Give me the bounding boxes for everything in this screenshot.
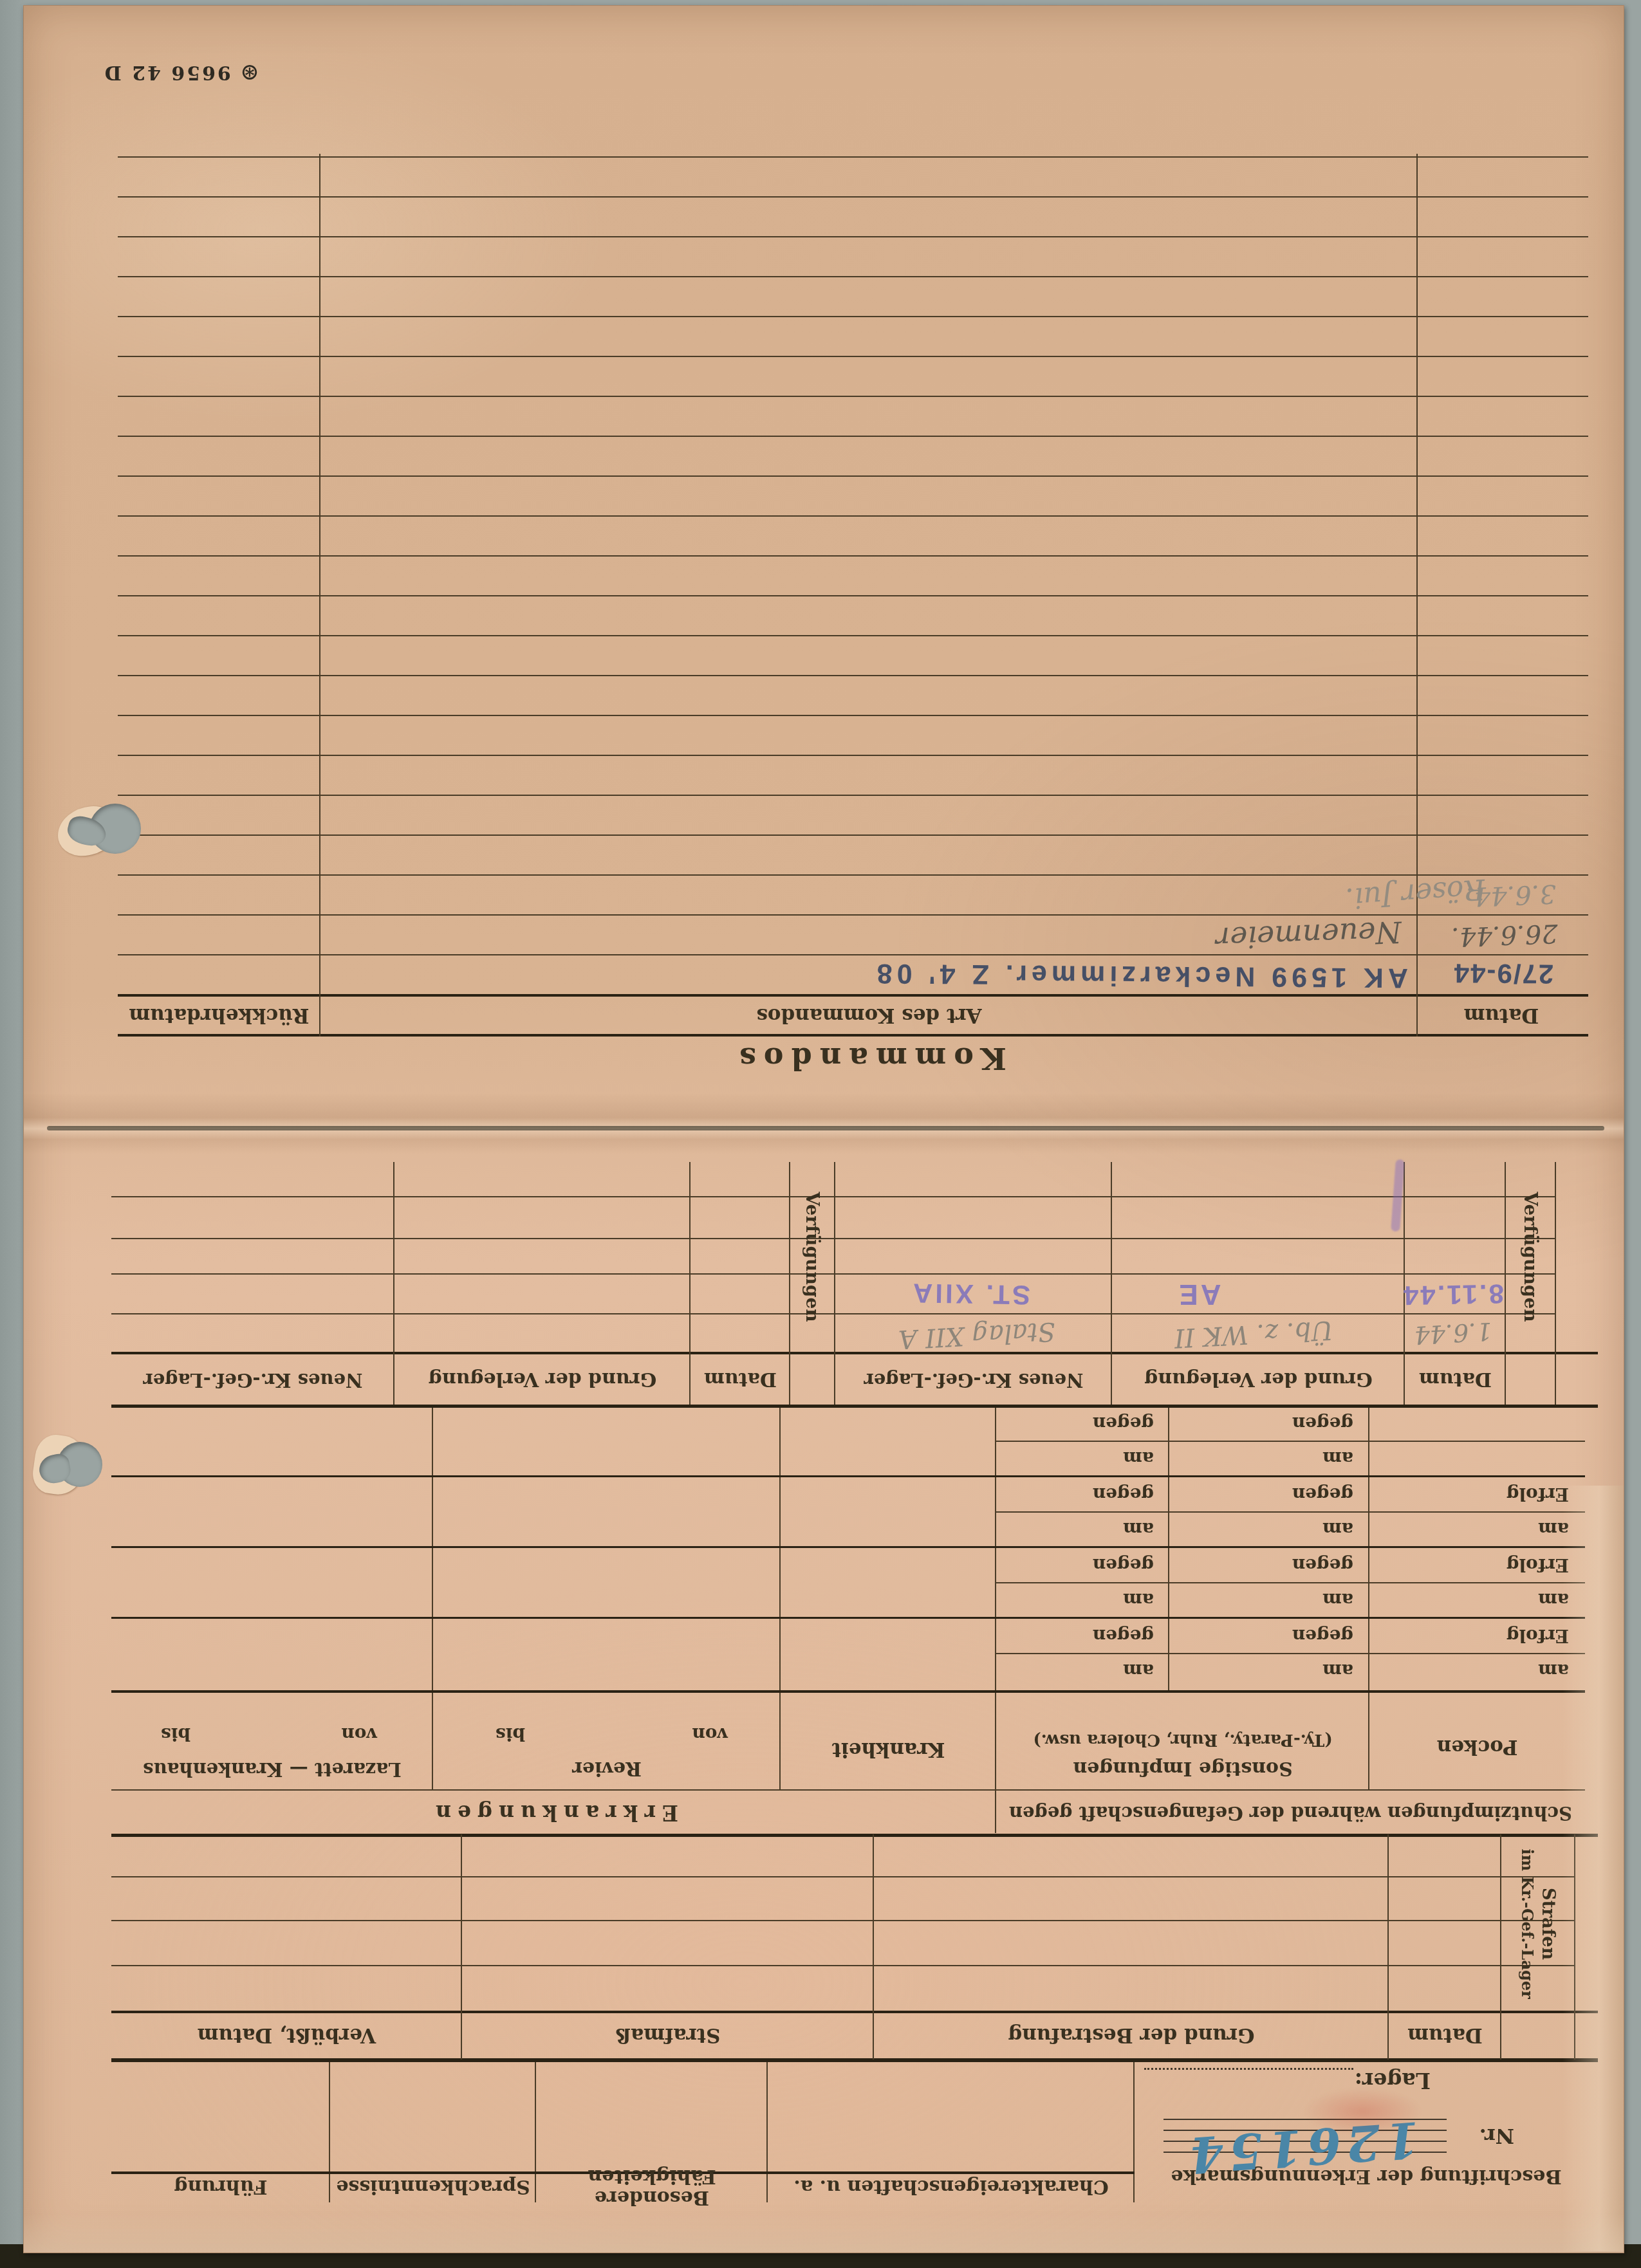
row-line: [111, 1546, 1585, 1548]
row-line: [111, 1965, 1575, 1966]
divider: [766, 2060, 768, 2202]
rule: [111, 2011, 1598, 2013]
rule: [118, 1034, 1588, 1037]
lazarett-von: von: [327, 1724, 391, 1744]
strafen-col-strafmass: Strafmaß: [462, 2018, 874, 2052]
kommandos-col-datum: Datum: [1418, 999, 1585, 1031]
column-header-sprachkenntnisse: Sprachkenntnisse: [337, 2174, 530, 2200]
printers-mark-code: 9656 42 D: [103, 62, 231, 84]
sonstige-b-gegen: gegen: [1070, 1410, 1154, 1437]
divider: [535, 2060, 536, 2202]
scanned-document: { "artifact": { "print_symbol": "⊛", "pr…: [0, 0, 1641, 2268]
worn-bottom-edge: [24, 2214, 1624, 2253]
row-line: [996, 1511, 1585, 1513]
transfer-entry-reason-stamp: AE: [1135, 1277, 1263, 1311]
divider: [432, 1406, 433, 1791]
lager-dotted-line: [1144, 2068, 1353, 2089]
transfer-col-grund: Grund der Verlegung: [394, 1360, 691, 1399]
sonstige-a-gegen: gegen: [1270, 1480, 1353, 1507]
transfer-entry-reason-pencil: Üb. z. WK II: [1115, 1310, 1393, 1358]
column-header-charaktereigenschaften: Charaktereigenschaften u. a.: [774, 2174, 1128, 2200]
kommando-entry-date-pencil: 26.6.44.: [1427, 916, 1582, 954]
transfer-entry-date-pencil: 1.6.44: [1404, 1314, 1502, 1351]
divider: [1168, 1406, 1169, 1692]
kommandos-ruled-rows: [118, 151, 1588, 994]
pocken-am: am: [1492, 1515, 1569, 1542]
revier-bis: bis: [478, 1724, 542, 1744]
kommandos-title: Kommandos: [320, 1043, 1418, 1074]
transfer-entry-date-stamp: 8.11.44: [1396, 1276, 1510, 1313]
pow-card-sheet: Charaktereigenschaften u. a. Besondere F…: [23, 5, 1624, 2253]
column-header-fuehrung: Führung: [118, 2174, 324, 2200]
row-line: [111, 1876, 1575, 1877]
sonstige-a-gegen: gegen: [1270, 1551, 1353, 1578]
worn-right-edge: [1562, 1486, 1624, 2251]
pocken-erfolg: Erfolg: [1479, 1551, 1569, 1578]
row-line: [111, 1920, 1575, 1921]
strafen-col-verbuesst: Verbüßt, Datum: [111, 2018, 462, 2052]
fold-crease: [24, 1093, 1624, 1154]
erkrankungen-section-title: Erkrankungen: [111, 1794, 996, 1830]
strafen-vertical-line2: im Kr.-Gef.-Lager: [1518, 1849, 1537, 1999]
col-lazarett: Lazarett — Krankenhaus: [111, 1757, 433, 1780]
rule: [118, 994, 1588, 997]
sonstige-b-am: am: [1083, 1586, 1154, 1613]
rule: [111, 1690, 1585, 1693]
kommando-entry-date-stamp: 27/9-44: [1420, 956, 1586, 991]
rule: [111, 1405, 1598, 1408]
pocken-erfolg: Erfolg: [1479, 1622, 1569, 1649]
red-pencil-smudge: [1303, 2088, 1422, 2135]
sonstige-a-am: am: [1283, 1657, 1353, 1684]
sonstige-a-am: am: [1283, 1444, 1353, 1471]
transfer-entry-camp-stamp: ST. XIIA: [864, 1275, 1077, 1313]
transfer-col-neues: Neues Kr.-Gef.-Lager: [111, 1360, 394, 1399]
strafen-col-datum: Datum: [1392, 2018, 1498, 2052]
row-line: [996, 1653, 1585, 1654]
col-krankheit: Krankheit: [781, 1737, 996, 1762]
sonstige-a-am: am: [1283, 1586, 1353, 1613]
rule: [111, 2058, 1598, 2062]
row-line: [996, 1582, 1585, 1583]
transfer-col-neues: Neues Kr.-Gef.-Lager: [835, 1360, 1112, 1399]
transfer-col-datum: Datum: [691, 1360, 790, 1399]
sonstige-a-gegen: gegen: [1270, 1622, 1353, 1649]
sonstige-b-gegen: gegen: [1070, 1551, 1154, 1578]
sonstige-b-gegen: gegen: [1070, 1622, 1154, 1649]
impfungen-section-title: Schutzimpfungen während der Gefangenscha…: [996, 1796, 1585, 1829]
row-line: [996, 1441, 1585, 1442]
sonstige-b-am: am: [1083, 1657, 1154, 1684]
divider: [319, 154, 320, 1037]
pocken-erfolg: Erfolg: [1479, 1480, 1569, 1507]
sonstige-a-am: am: [1283, 1515, 1353, 1542]
strafen-col-grund: Grund der Bestrafung: [874, 2018, 1389, 2052]
sonstige-b-am: am: [1083, 1444, 1154, 1471]
sonstige-a-gegen: gegen: [1270, 1410, 1353, 1437]
printers-mark: ⊛ 9656 42 D: [66, 59, 259, 87]
kommandos-col-rueckkehr: Rückkehrdatum: [118, 999, 320, 1031]
col-pocken: Pocken: [1369, 1734, 1585, 1760]
verfuegungen-vertical-label: Verfügungen: [790, 1162, 835, 1352]
verfuegungen-vertical-label: Verfügungen: [1506, 1162, 1556, 1352]
transfer-col-grund: Grund der Verlegung: [1112, 1360, 1405, 1399]
rule: [111, 1789, 1585, 1791]
divider: [329, 2060, 330, 2202]
divider: [1133, 2060, 1135, 2202]
kommandos-col-art: Art des Kommandos: [320, 999, 1418, 1031]
lazarett-bis: bis: [144, 1724, 208, 1744]
revier-von: von: [678, 1724, 742, 1744]
divider: [779, 1406, 781, 1791]
strafen-vertical-line1: Strafen: [1537, 1849, 1559, 1999]
sonstige-b-gegen: gegen: [1070, 1480, 1154, 1507]
col-revier: Revier: [433, 1757, 781, 1780]
row-line: [111, 1617, 1585, 1619]
col-sonstige-line1: Sonstige Impfungen: [996, 1757, 1369, 1780]
col-sonstige-line2: (Ty.-Paraty., Ruhr, Cholera usw.): [996, 1729, 1369, 1751]
pocken-am: am: [1492, 1657, 1569, 1684]
transfer-col-datum: Datum: [1406, 1360, 1505, 1399]
idtag-nr-label: Nr.: [1463, 2124, 1514, 2147]
row-line: [111, 1475, 1585, 1477]
sonstige-b-am: am: [1083, 1515, 1154, 1542]
printers-mark-icon: ⊛: [240, 60, 259, 86]
rule: [111, 1834, 1598, 1837]
pocken-am: am: [1492, 1586, 1569, 1613]
kommando-entry-text-stamp: AK 1599 Neckarzimmer. Z 4' 08: [687, 954, 1408, 995]
column-header-besondere-faehigkeiten: Besondere Fähigkeiten: [542, 2174, 761, 2200]
